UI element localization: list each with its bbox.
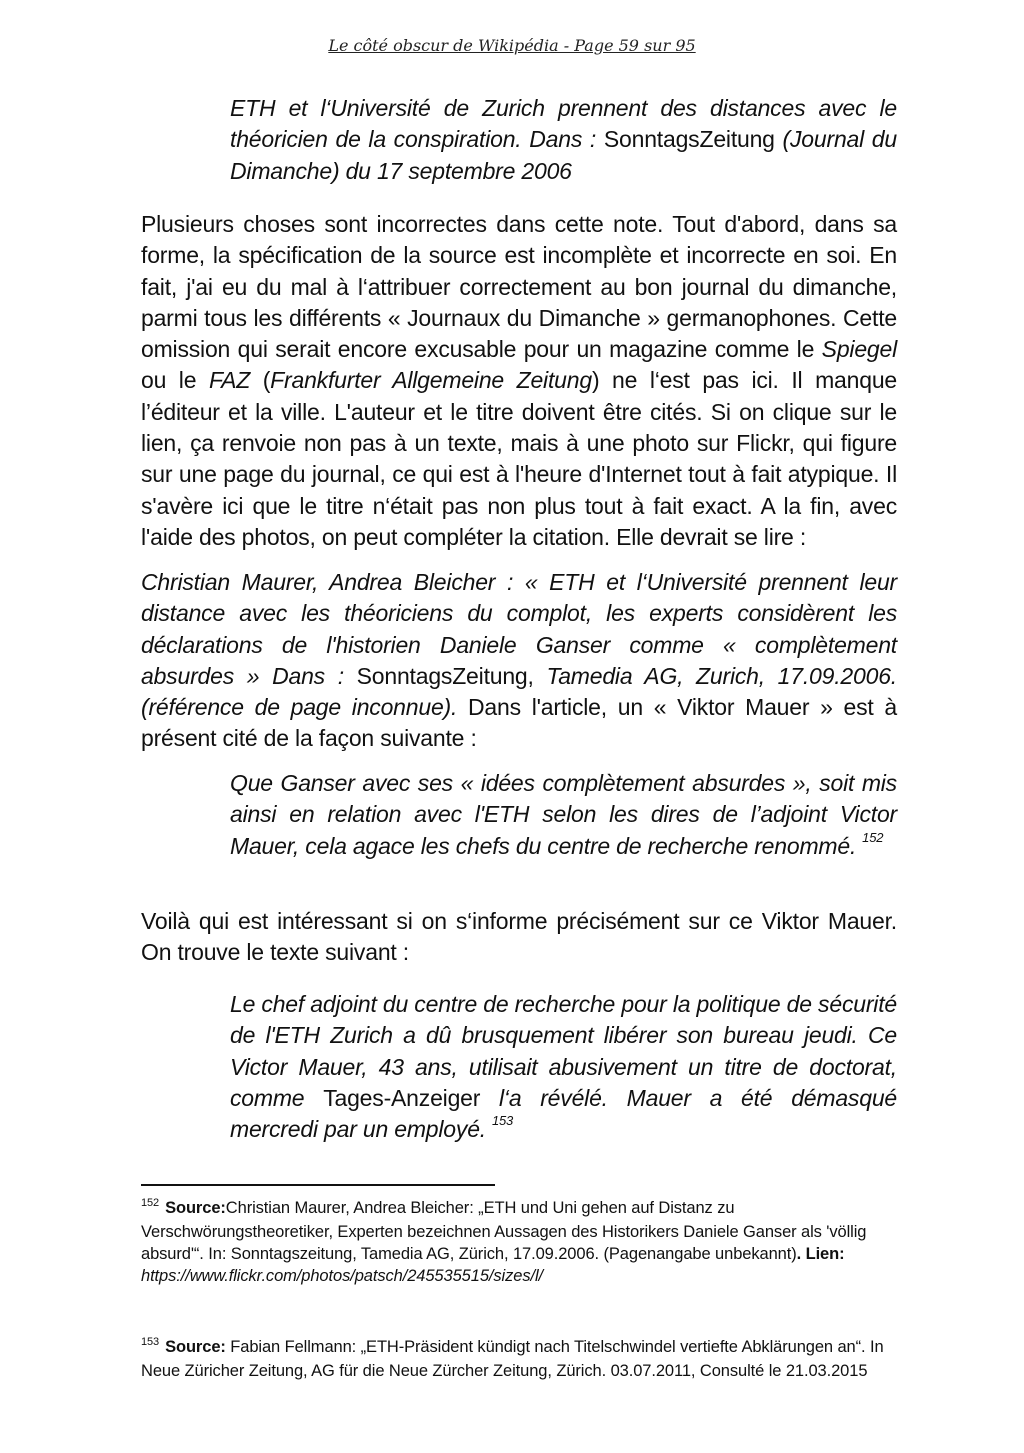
block-quote-text: Que Ganser avec ses « idées complètement… [230, 770, 897, 859]
paragraph-text: Plusieurs choses sont incorrectes dans c… [141, 211, 897, 362]
footnote-source-label: Source: [165, 1199, 226, 1217]
paragraph-text: ) ne l‘est pas ici. Il manque l’éditeur … [141, 367, 897, 549]
footnote-link-label: . Lien: [797, 1245, 845, 1263]
intro-citation-newspaper: SonntagsZeitung [604, 126, 775, 152]
citation-newspaper: SonntagsZeitung, [344, 663, 547, 689]
faz-full-title: Frankfurter Allgemeine Zeitung [270, 367, 592, 393]
block-quote-tages-anzeiger: Le chef adjoint du centre de recherche p… [230, 989, 897, 1148]
spiegel-title: Spiegel [822, 336, 897, 362]
running-header: Le côté obscur de Wikipédia - Page 59 su… [0, 36, 1024, 55]
footnote-number: 153 [141, 1336, 159, 1348]
paragraph-text: Voilà qui est intéressant si on s‘inform… [141, 908, 897, 965]
paragraph-corrected-citation: Christian Maurer, Andrea Bleicher : « ET… [141, 567, 897, 755]
tages-anzeiger-name: Tages-Anzeiger [323, 1085, 480, 1111]
paragraph-viktor-mauer: Voilà qui est intéressant si on s‘inform… [141, 906, 897, 969]
paragraph-critique: Plusieurs choses sont incorrectes dans c… [141, 209, 897, 553]
footnote-153: 153Source: Fabian Fellmann: „ETH-Präside… [141, 1336, 897, 1382]
footnote-ref-153[interactable]: 153 [492, 1113, 513, 1128]
footnote-text: Christian Maurer, Andrea Bleicher: „ETH … [141, 1199, 866, 1263]
footnote-number: 152 [141, 1197, 159, 1209]
paragraph-text: ou le [141, 367, 209, 393]
footnote-text: Fabian Fellmann: „ETH-Präsident kündigt … [141, 1338, 884, 1380]
footnote-152: 152Source:Christian Maurer, Andrea Bleic… [141, 1197, 897, 1287]
footnote-url-link[interactable]: https://www.flickr.com/photos/patsch/245… [141, 1267, 543, 1285]
footnote-separator [141, 1184, 495, 1186]
block-quote-mauer: Que Ganser avec ses « idées complètement… [230, 768, 897, 865]
paragraph-text: ( [250, 367, 270, 393]
faz-title: FAZ [209, 367, 250, 393]
footnote-source-label: Source: [165, 1338, 226, 1356]
intro-citation: ETH et l‘Université de Zurich prennent d… [230, 93, 897, 187]
footnote-ref-152[interactable]: 152 [862, 830, 883, 845]
